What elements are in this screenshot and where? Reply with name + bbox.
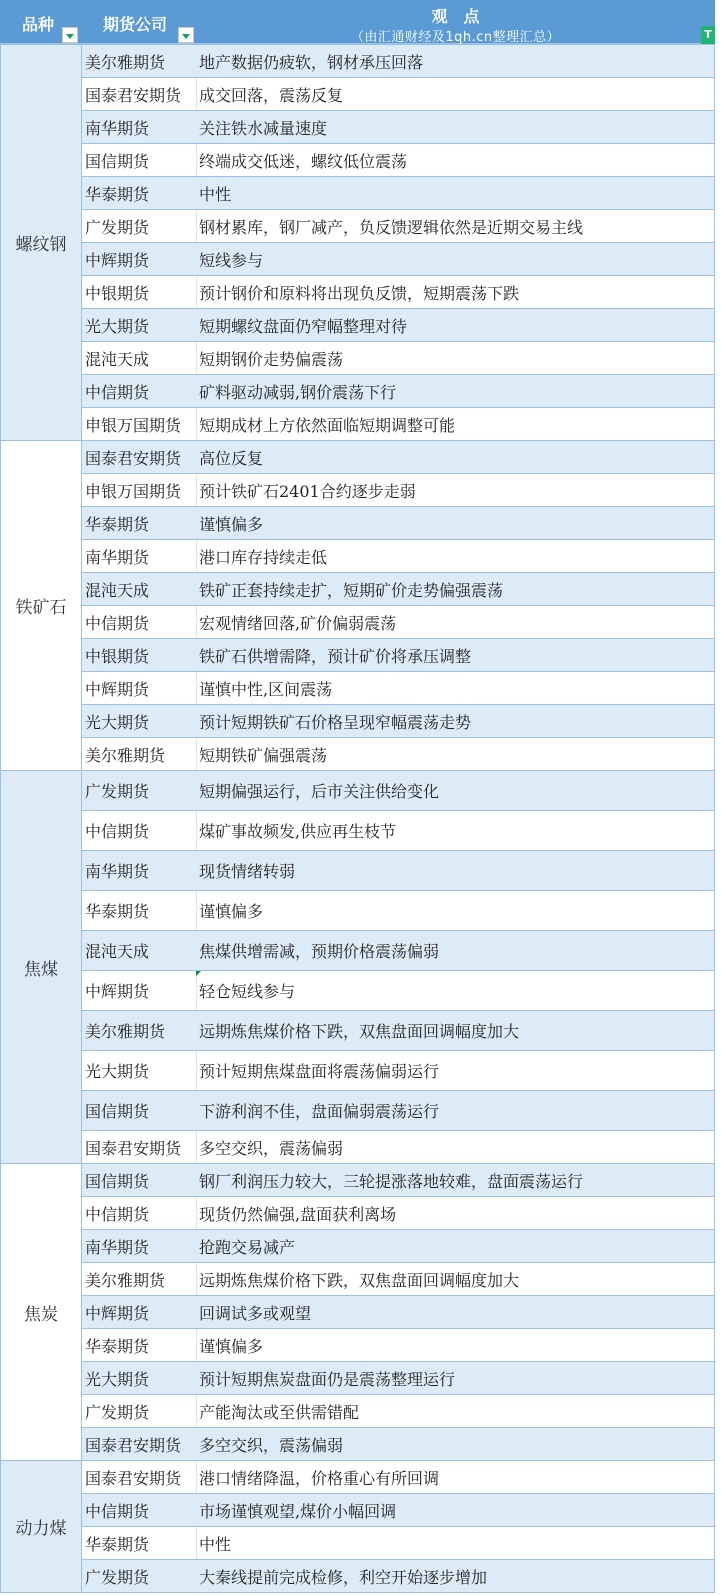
table-row: 华泰期货谨慎偏多 <box>82 891 715 931</box>
table-row: 中信期货矿料驱动减弱,钢价震荡下行 <box>82 375 715 408</box>
company-cell: 中辉期货 <box>82 1296 197 1328</box>
view-cell: 高位反复 <box>197 446 714 469</box>
view-cell: 下游利润不佳，盘面偏弱震荡运行 <box>197 1099 714 1122</box>
company-cell: 广发期货 <box>82 1395 197 1427</box>
category-group-coke: 焦炭 国信期货钢厂利润压力较大，三轮提涨落地较难，盘面震荡运行 中信期货现货仍然… <box>0 1164 715 1461</box>
category-group-thermal-coal: 动力煤 国泰君安期货港口情绪降温，价格重心有所回调 中信期货市场谨慎观望,煤价小… <box>0 1461 715 1593</box>
table-row: 南华期货现货情绪转弱 <box>82 851 715 891</box>
company-cell: 华泰期货 <box>82 1527 197 1559</box>
view-cell: 产能淘汰或至供需错配 <box>197 1400 714 1423</box>
view-cell: 短期成材上方依然面临短期调整可能 <box>197 413 714 436</box>
view-cell: 多空交织，震荡偏弱 <box>197 1433 714 1456</box>
company-cell: 中信期货 <box>82 375 197 407</box>
table-row: 国信期货钢厂利润压力较大，三轮提涨落地较难，盘面震荡运行 <box>82 1164 715 1197</box>
company-cell: 广发期货 <box>82 210 197 242</box>
company-cell: 申银万国期货 <box>82 474 197 506</box>
view-cell: 钢厂利润压力较大，三轮提涨落地较难，盘面震荡运行 <box>197 1169 714 1192</box>
table-row: 混沌天成焦煤供增需减，预期价格震荡偏弱 <box>82 931 715 971</box>
company-cell: 广发期货 <box>82 771 197 810</box>
view-cell: 预计钢价和原料将出现负反馈，短期震荡下跌 <box>197 281 714 304</box>
table-row: 申银万国期货短期成材上方依然面临短期调整可能 <box>82 408 715 441</box>
company-cell: 混沌天成 <box>82 342 197 374</box>
category-group-rebar: 螺纹钢 美尔雅期货地产数据仍疲软，钢材承压回落 国泰君安期货成交回落，震荡反复 … <box>0 45 715 441</box>
filter-icon[interactable]: T <box>701 26 715 44</box>
category-cell: 动力煤 <box>0 1461 81 1593</box>
view-cell: 港口库存持续走低 <box>197 545 714 568</box>
view-cell: 地产数据仍疲软，钢材承压回落 <box>197 50 714 73</box>
table-row: 光大期货预计短期焦炭盘面仍是震荡整理运行 <box>82 1362 715 1395</box>
company-cell: 混沌天成 <box>82 931 197 970</box>
view-cell: 铁矿正套持续走扩，短期矿价走势偏强震荡 <box>197 578 714 601</box>
view-cell: 宏观情绪回落,矿价偏弱震荡 <box>197 611 714 634</box>
view-cell: 多空交织，震荡偏弱 <box>197 1136 714 1159</box>
company-cell: 中辉期货 <box>82 672 197 704</box>
company-cell: 南华期货 <box>82 851 197 890</box>
company-cell: 中信期货 <box>82 1197 197 1229</box>
table-row: 广发期货短期偏强运行，后市关注供给变化 <box>82 771 715 811</box>
table-row: 中信期货现货仍然偏强,盘面获利离场 <box>82 1197 715 1230</box>
company-cell: 光大期货 <box>82 1362 197 1394</box>
view-cell: 谨慎偏多 <box>197 899 714 922</box>
view-cell: 铁矿石供增需降，预计矿价将承压调整 <box>197 644 714 667</box>
company-cell: 南华期货 <box>82 111 197 143</box>
company-cell: 华泰期货 <box>82 1329 197 1361</box>
table-row: 国信期货终端成交低迷，螺纹低位震荡 <box>82 144 715 177</box>
table-row: 光大期货短期螺纹盘面仍窄幅整理对待 <box>82 309 715 342</box>
table-row: 中信期货市场谨慎观望,煤价小幅回调 <box>82 1494 715 1527</box>
view-cell: 抢跑交易减产 <box>197 1235 714 1258</box>
view-cell: 回调试多或观望 <box>197 1301 714 1324</box>
category-cell: 铁矿石 <box>0 441 81 771</box>
table-row: 混沌天成短期钢价走势偏震荡 <box>82 342 715 375</box>
view-cell: 现货情绪转弱 <box>197 859 714 882</box>
company-cell: 南华期货 <box>82 1230 197 1262</box>
view-cell: 短期偏强运行，后市关注供给变化 <box>197 779 714 802</box>
table-row: 南华期货关注铁水减量速度 <box>82 111 715 144</box>
company-cell: 光大期货 <box>82 705 197 737</box>
column-header-view: 观 点 <box>196 4 715 27</box>
table-row: 华泰期货中性 <box>82 177 715 210</box>
company-cell: 华泰期货 <box>82 177 197 209</box>
table-row: 国泰君安期货高位反复 <box>82 441 715 474</box>
table-row: 美尔雅期货远期炼焦煤价格下跌，双焦盘面回调幅度加大 <box>82 1011 715 1051</box>
company-cell: 美尔雅期货 <box>82 1263 197 1295</box>
table-header: 品种 期货公司 观 点 （由汇通财经及1qh.cn整理汇总） T <box>0 0 715 45</box>
table-row: 华泰期货谨慎偏多 <box>82 1329 715 1362</box>
view-cell: 短期铁矿偏强震荡 <box>197 743 714 766</box>
company-cell: 混沌天成 <box>82 573 197 605</box>
category-group-coking-coal: 焦煤 广发期货短期偏强运行，后市关注供给变化 中信期货煤矿事故频发,供应再生枝节… <box>0 771 715 1164</box>
table-row: 申银万国期货预计铁矿石2401合约逐步走弱 <box>82 474 715 507</box>
view-cell: 焦煤供增需减，预期价格震荡偏弱 <box>197 939 714 962</box>
view-cell: 预计铁矿石2401合约逐步走弱 <box>197 479 714 502</box>
futures-views-table: 品种 期货公司 观 点 （由汇通财经及1qh.cn整理汇总） T 螺纹钢 美尔雅… <box>0 0 715 1593</box>
view-cell: 轻仓短线参与 <box>197 979 714 1002</box>
view-cell: 谨慎偏多 <box>197 512 714 535</box>
company-cell: 美尔雅期货 <box>82 738 197 770</box>
table-row: 混沌天成铁矿正套持续走扩，短期矿价走势偏强震荡 <box>82 573 715 606</box>
view-cell: 谨慎中性,区间震荡 <box>197 677 714 700</box>
company-cell: 中辉期货 <box>82 243 197 275</box>
company-cell: 华泰期货 <box>82 507 197 539</box>
view-cell: 关注铁水减量速度 <box>197 116 714 139</box>
table-row: 中银期货铁矿石供增需降，预计矿价将承压调整 <box>82 639 715 672</box>
category-cell: 焦炭 <box>0 1164 81 1461</box>
company-cell: 国泰君安期货 <box>82 1461 197 1493</box>
table-row: 华泰期货谨慎偏多 <box>82 507 715 540</box>
company-cell: 国信期货 <box>82 1164 197 1196</box>
view-cell: 成交回落，震荡反复 <box>197 83 714 106</box>
table-row: 中信期货宏观情绪回落,矿价偏弱震荡 <box>82 606 715 639</box>
company-cell: 中辉期货 <box>82 971 197 1010</box>
view-cell: 大秦线提前完成检修，利空开始逐步增加 <box>197 1565 714 1588</box>
table-row: 南华期货港口库存持续走低 <box>82 540 715 573</box>
view-cell: 短期螺纹盘面仍窄幅整理对待 <box>197 314 714 337</box>
table-row: 光大期货预计短期铁矿石价格呈现窄幅震荡走势 <box>82 705 715 738</box>
column-header-category: 品种 <box>22 12 54 35</box>
table-row: 广发期货产能淘汰或至供需错配 <box>82 1395 715 1428</box>
table-row: 美尔雅期货短期铁矿偏强震荡 <box>82 738 715 771</box>
company-cell: 中信期货 <box>82 811 197 850</box>
company-filter-dropdown-icon[interactable] <box>178 27 194 43</box>
table-row: 中辉期货谨慎中性,区间震荡 <box>82 672 715 705</box>
table-row: 国泰君安期货成交回落，震荡反复 <box>82 78 715 111</box>
view-cell: 港口情绪降温，价格重心有所回调 <box>197 1466 714 1489</box>
company-cell: 国信期货 <box>82 144 197 176</box>
category-group-iron-ore: 铁矿石 国泰君安期货高位反复 申银万国期货预计铁矿石2401合约逐步走弱 华泰期… <box>0 441 715 771</box>
view-cell: 预计短期铁矿石价格呈现窄幅震荡走势 <box>197 710 714 733</box>
table-row: 中辉期货轻仓短线参与 <box>82 971 715 1011</box>
view-cell: 预计短期焦炭盘面仍是震荡整理运行 <box>197 1367 714 1390</box>
table-row: 光大期货预计短期焦煤盘面将震荡偏弱运行 <box>82 1051 715 1091</box>
company-cell: 南华期货 <box>82 540 197 572</box>
table-row: 美尔雅期货地产数据仍疲软，钢材承压回落 <box>82 45 715 78</box>
view-cell: 煤矿事故频发,供应再生枝节 <box>197 819 714 842</box>
column-header-view-source: （由汇通财经及1qh.cn整理汇总） <box>196 26 715 45</box>
table-row: 南华期货抢跑交易减产 <box>82 1230 715 1263</box>
cell-comment-marker-icon <box>196 971 201 976</box>
table-row: 国泰君安期货多空交织，震荡偏弱 <box>82 1131 715 1164</box>
view-cell: 中性 <box>197 182 714 205</box>
company-cell: 国泰君安期货 <box>82 441 197 473</box>
table-row: 美尔雅期货远期炼焦煤价格下跌，双焦盘面回调幅度加大 <box>82 1263 715 1296</box>
table-row: 广发期货大秦线提前完成检修，利空开始逐步增加 <box>82 1560 715 1593</box>
table-row: 中信期货煤矿事故频发,供应再生枝节 <box>82 811 715 851</box>
category-cell: 焦煤 <box>0 771 81 1164</box>
view-cell: 远期炼焦煤价格下跌，双焦盘面回调幅度加大 <box>197 1019 714 1042</box>
table-row: 中辉期货回调试多或观望 <box>82 1296 715 1329</box>
view-cell: 终端成交低迷，螺纹低位震荡 <box>197 149 714 172</box>
table-row: 中银期货预计钢价和原料将出现负反馈，短期震荡下跌 <box>82 276 715 309</box>
company-cell: 国泰君安期货 <box>82 1131 197 1163</box>
view-cell: 钢材累库，钢厂减产，负反馈逻辑依然是近期交易主线 <box>197 215 714 238</box>
table-row: 中辉期货短线参与 <box>82 243 715 276</box>
view-cell: 短线参与 <box>197 248 714 271</box>
view-cell: 谨慎偏多 <box>197 1334 714 1357</box>
company-cell: 中银期货 <box>82 276 197 308</box>
company-cell: 光大期货 <box>82 309 197 341</box>
table-row: 国泰君安期货港口情绪降温，价格重心有所回调 <box>82 1461 715 1494</box>
company-cell: 美尔雅期货 <box>82 45 197 77</box>
table-row: 国泰君安期货多空交织，震荡偏弱 <box>82 1428 715 1461</box>
column-header-company: 期货公司 <box>103 12 167 35</box>
company-cell: 国泰君安期货 <box>82 1428 197 1460</box>
company-cell: 广发期货 <box>82 1560 197 1592</box>
table-row: 广发期货钢材累库，钢厂减产，负反馈逻辑依然是近期交易主线 <box>82 210 715 243</box>
view-cell: 远期炼焦煤价格下跌，双焦盘面回调幅度加大 <box>197 1268 714 1291</box>
company-cell: 申银万国期货 <box>82 408 197 440</box>
table-row: 华泰期货中性 <box>82 1527 715 1560</box>
company-cell: 华泰期货 <box>82 891 197 930</box>
company-cell: 光大期货 <box>82 1051 197 1090</box>
company-cell: 国泰君安期货 <box>82 78 197 110</box>
company-cell: 中信期货 <box>82 1494 197 1526</box>
company-cell: 中信期货 <box>82 606 197 638</box>
category-filter-dropdown-icon[interactable] <box>62 27 78 43</box>
view-cell: 市场谨慎观望,煤价小幅回调 <box>197 1499 714 1522</box>
view-cell: 现货仍然偏强,盘面获利离场 <box>197 1202 714 1225</box>
view-cell: 短期钢价走势偏震荡 <box>197 347 714 370</box>
table-row: 国信期货下游利润不佳，盘面偏弱震荡运行 <box>82 1091 715 1131</box>
company-cell: 中银期货 <box>82 639 197 671</box>
view-cell: 中性 <box>197 1532 714 1555</box>
company-cell: 美尔雅期货 <box>82 1011 197 1050</box>
company-cell: 国信期货 <box>82 1091 197 1130</box>
category-cell: 螺纹钢 <box>0 45 81 441</box>
view-cell: 矿料驱动减弱,钢价震荡下行 <box>197 380 714 403</box>
view-cell: 预计短期焦煤盘面将震荡偏弱运行 <box>197 1059 714 1082</box>
